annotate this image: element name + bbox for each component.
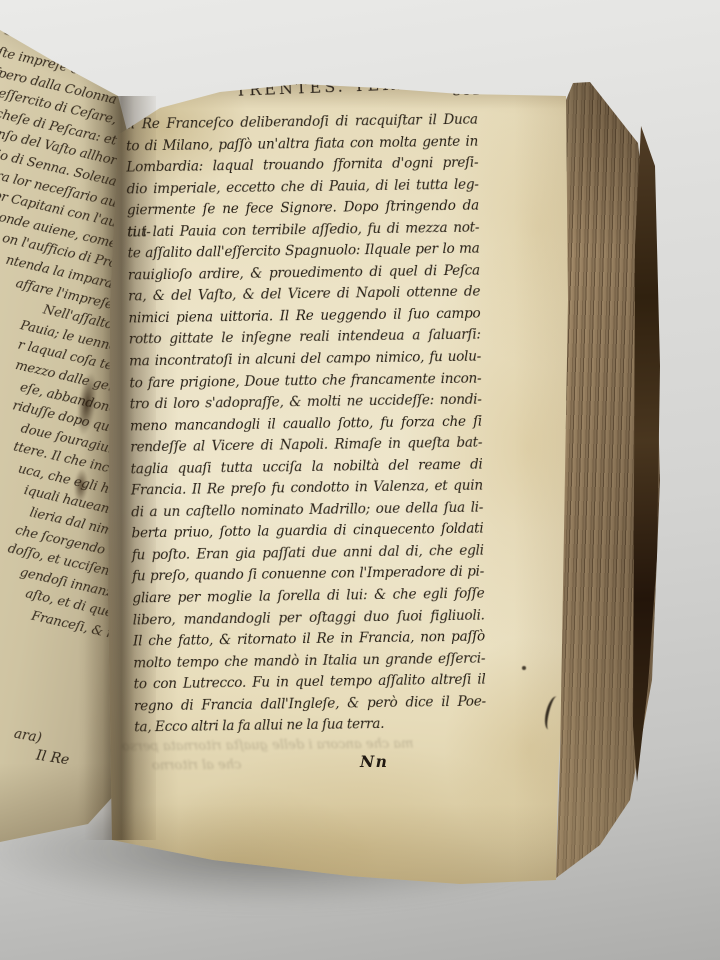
ink-smudge: [542, 695, 563, 731]
left-page-catchword: Il Re: [35, 747, 70, 768]
left-page-bottom-fragment: ara): [13, 726, 43, 747]
leather-cover-edge: [633, 126, 661, 782]
book-photo: NTO ano queſte impreſe che uoido, Proſpe…: [0, 0, 720, 960]
left-page-text-column: ano queſte impreſe che uoido, Proſpero d…: [0, 70, 116, 647]
page-number: 561: [452, 81, 481, 100]
signature-mark: Nn: [360, 752, 388, 771]
running-header: TRENTES. TERZO.: [204, 72, 467, 101]
ink-speck: [522, 666, 526, 670]
bleedthrough-line: che al ritorno: [152, 758, 242, 774]
right-page: TRENTES. TERZO. 561 Il Re Franceſco deli…: [108, 68, 580, 886]
right-page-text-line: ta, Ecco altri la fa allui ne la ſua ter…: [134, 713, 486, 739]
right-page-text-block: Il Re Franceſco deliberandoſi di racquiſ…: [126, 110, 487, 740]
